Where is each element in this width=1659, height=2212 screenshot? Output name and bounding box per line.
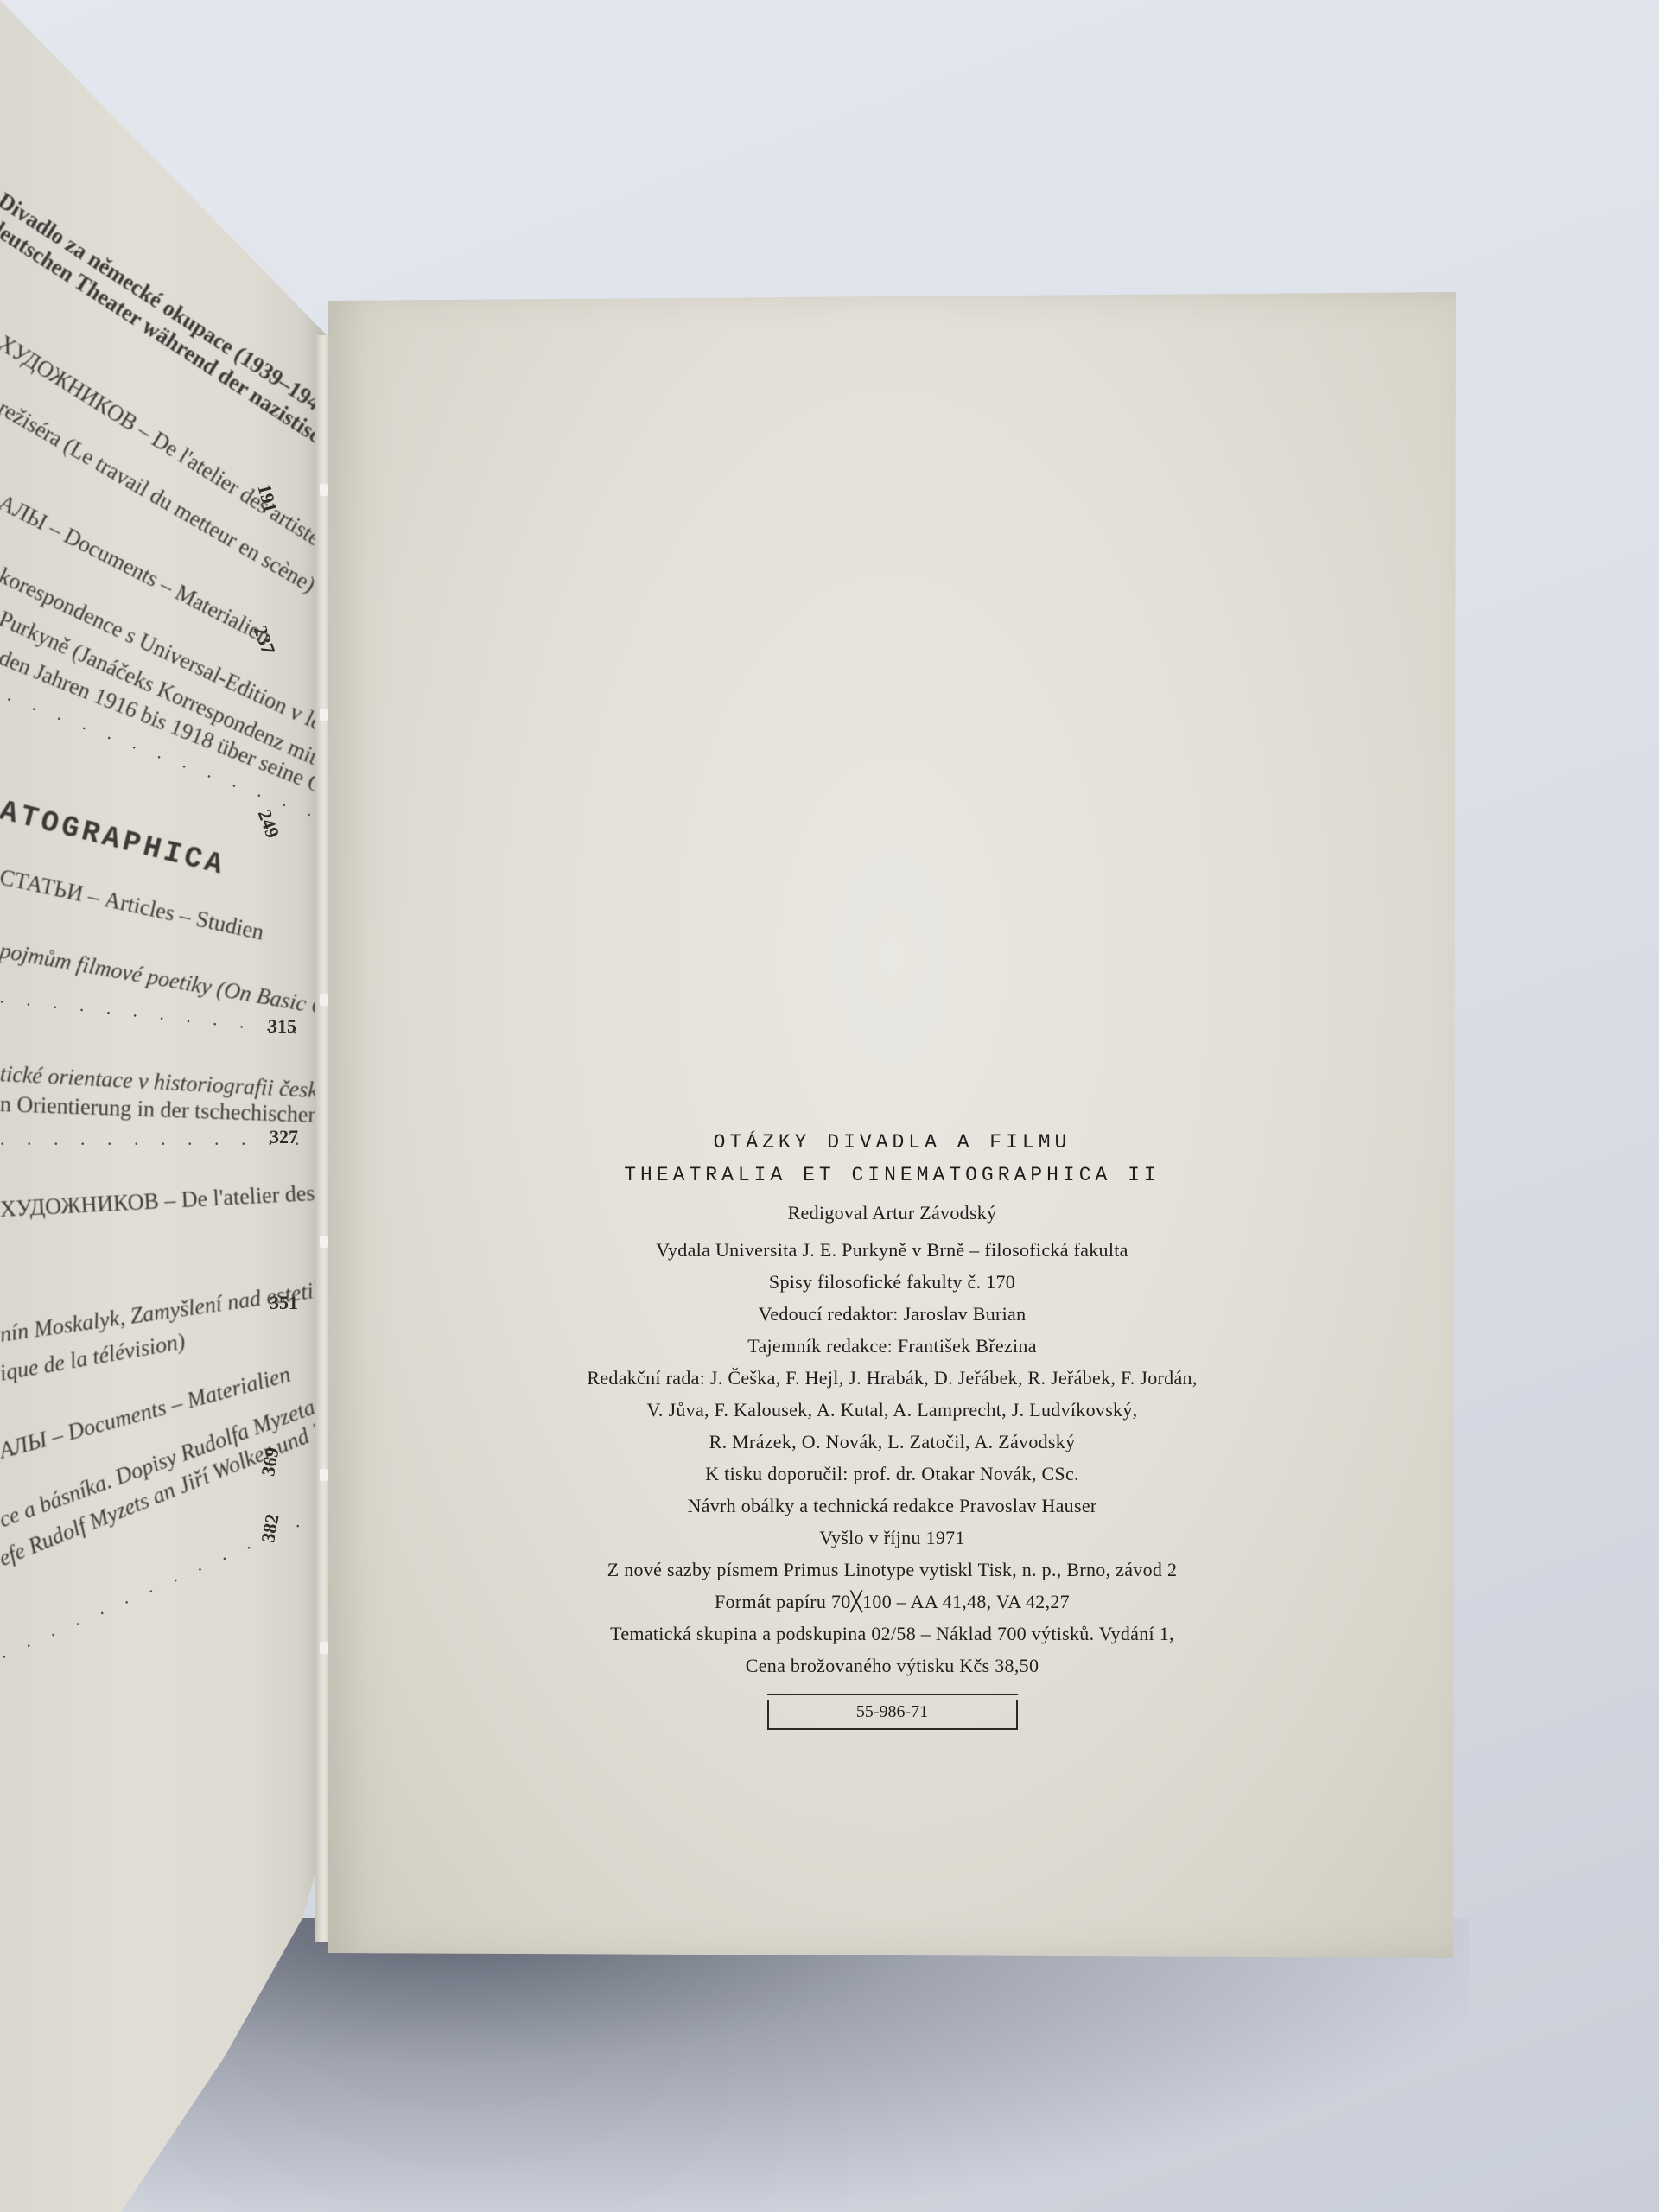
book-subtitle: THEATRALIA ET CINEMATOGRAPHICA II bbox=[328, 1159, 1456, 1192]
toc-section-heading: ATOGRAPHICA bbox=[0, 796, 229, 884]
binding-thread-notch bbox=[320, 484, 328, 496]
print-run-line: Tematická skupina a podskupina 02/58 – N… bbox=[328, 1618, 1456, 1649]
editorial-board-line: Redakční rada: J. Češka, F. Hejl, J. Hra… bbox=[328, 1362, 1456, 1394]
binding-thread-notch bbox=[320, 1469, 328, 1481]
binding-thread-notch bbox=[320, 1642, 328, 1654]
design-credit-line: Návrh obálky a technická redakce Pravosl… bbox=[328, 1490, 1456, 1522]
price-line: Cena brožovaného výtisku Kčs 38,50 bbox=[328, 1649, 1456, 1681]
left-page-table-of-contents: Divadlo za německé okupace (1939–1945) d… bbox=[0, 0, 328, 2212]
catalog-number-box: 55-986-71 bbox=[767, 1694, 1018, 1730]
paper-format-line: Formát papíru 70╳100 – AA 41,48, VA 42,2… bbox=[328, 1586, 1456, 1618]
publisher-line: Vydala Universita J. E. Purkyně v Brně –… bbox=[328, 1234, 1456, 1266]
book-title: OTÁZKY DIVADLA A FILMU bbox=[328, 1126, 1456, 1159]
publication-date-line: Vyšlo v říjnu 1971 bbox=[328, 1522, 1456, 1554]
toc-page-number: 351 bbox=[270, 1292, 298, 1314]
right-page-colophon: OTÁZKY DIVADLA A FILMU THEATRALIA ET CIN… bbox=[328, 292, 1456, 1958]
editorial-board-line: R. Mrázek, O. Novák, L. Zatočil, A. Závo… bbox=[328, 1426, 1456, 1458]
chief-editor-line: Vedoucí redaktor: Jaroslav Burian bbox=[328, 1298, 1456, 1330]
printing-line: Z nové sazby písmem Primus Linotype vyti… bbox=[328, 1554, 1456, 1586]
toc-page-number: 315 bbox=[268, 1015, 296, 1038]
catalog-number: 55-986-71 bbox=[856, 1702, 928, 1721]
toc-entry: СТАТЬИ – Articles – Studien bbox=[0, 864, 266, 945]
colophon-block: OTÁZKY DIVADLA A FILMU THEATRALIA ET CIN… bbox=[328, 1126, 1456, 1730]
binding-thread-notch bbox=[320, 709, 328, 721]
series-line: Spisy filosofické fakulty č. 170 bbox=[328, 1266, 1456, 1298]
binding-thread-notch bbox=[320, 994, 328, 1006]
recommendation-line: K tisku doporučil: prof. dr. Otakar Nová… bbox=[328, 1458, 1456, 1490]
editorial-board-line: V. Jůva, F. Kalousek, A. Kutal, A. Lampr… bbox=[328, 1394, 1456, 1426]
toc-page-number: 327 bbox=[270, 1126, 298, 1148]
binding-thread-notch bbox=[320, 1236, 328, 1248]
toc-page-number: 369 bbox=[257, 1446, 283, 1478]
secretary-line: Tajemník redakce: František Březina bbox=[328, 1330, 1456, 1362]
editor-credit: Redigoval Artur Závodský bbox=[328, 1197, 1456, 1229]
toc-entry: Divadlo za německé okupace (1939–1945) bbox=[0, 188, 341, 426]
toc-page-number: 249 bbox=[253, 807, 284, 842]
